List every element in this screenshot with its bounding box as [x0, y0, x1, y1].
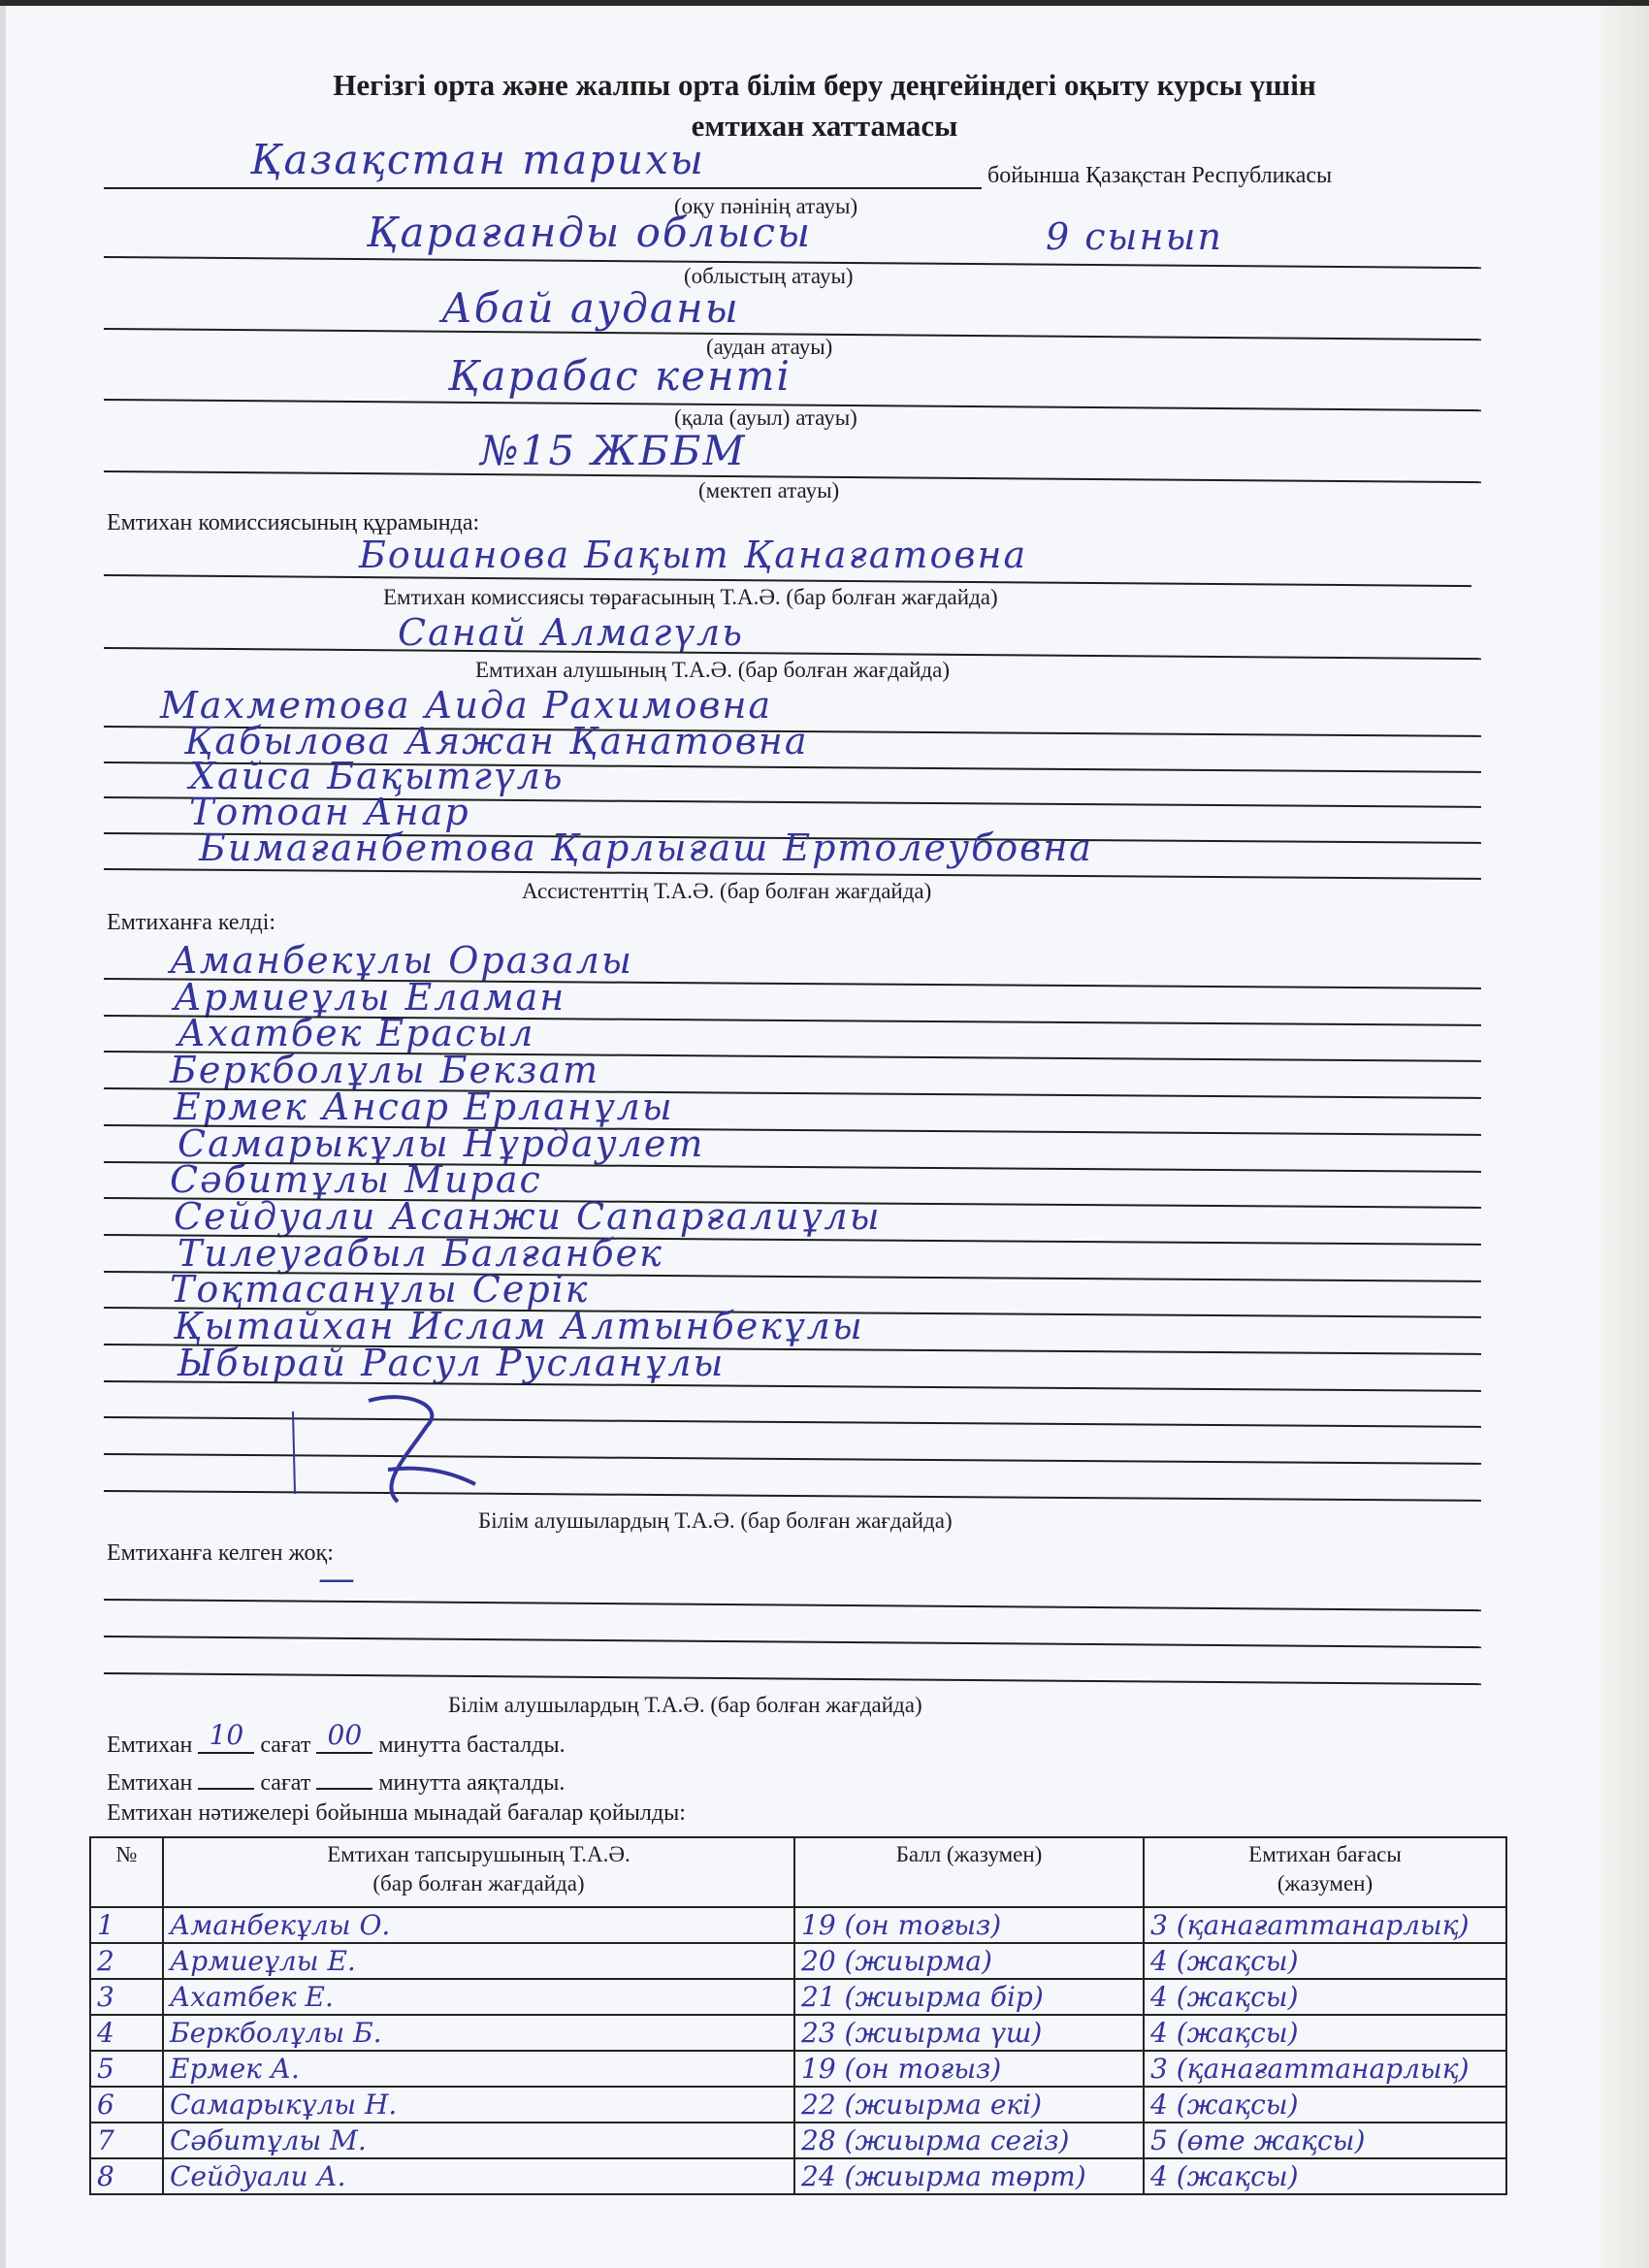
row-student-name[interactable]: Сейдуали А.: [163, 2158, 794, 2194]
header-number: №: [90, 1837, 163, 1907]
row-student-name[interactable]: Самарыкұлы Н.: [163, 2087, 794, 2122]
row-student-name[interactable]: Ахатбек Е.: [163, 1979, 794, 2015]
row-score[interactable]: 20 (жиырма): [794, 1943, 1144, 1979]
row-grade[interactable]: 5 (өте жақсы): [1144, 2122, 1506, 2158]
attended-student-name[interactable]: Ыбырай Расул Русланұлы: [178, 1342, 726, 1384]
row-number[interactable]: 2: [90, 1943, 163, 1979]
grade-class-value[interactable]: 9 сынып: [1046, 215, 1223, 258]
chair-value[interactable]: Бошанова Бақыт Қанағатовна: [359, 534, 1027, 576]
table-row: 6Самарыкұлы Н.22 (жиырма екі)4 (жақсы): [90, 2087, 1506, 2122]
results-label: Емтихан нәтижелері бойынша мынадай бағал…: [107, 1800, 686, 1827]
row-score[interactable]: 24 (жиырма төрт): [794, 2158, 1144, 2194]
row-student-name[interactable]: Армиеұлы Е.: [163, 1943, 794, 1979]
start-hour-field[interactable]: 10: [198, 1727, 254, 1754]
row-number[interactable]: 1: [90, 1907, 163, 1943]
row-student-name[interactable]: Аманбекұлы О.: [163, 1907, 794, 1943]
table-row: 1Аманбекұлы О.19 (он тоғыз)3 (қанағаттан…: [90, 1907, 1506, 1943]
city-value[interactable]: Қарабас кенті: [448, 352, 792, 400]
row-student-name[interactable]: Сәбитұлы М.: [163, 2122, 794, 2158]
row-score[interactable]: 19 (он тоғыз): [794, 2051, 1144, 2087]
end-prefix: Емтихан: [107, 1770, 192, 1796]
table-row: 5Ермек А.19 (он тоғыз)3 (қанағаттанарлық…: [90, 2051, 1506, 2087]
header-score: Балл (жазумен): [794, 1837, 1144, 1907]
absent-line-3: [104, 1672, 1481, 1685]
table-row: 4Беркболұлы Б.23 (жиырма үш)4 (жақсы): [90, 2015, 1506, 2051]
start-prefix: Емтихан: [107, 1733, 192, 1758]
absent-line-1: [104, 1599, 1481, 1611]
end-hour-field[interactable]: [198, 1763, 254, 1790]
header-grade: Емтихан бағасы(жазумен): [1144, 1837, 1506, 1907]
row-grade[interactable]: 4 (жақсы): [1144, 2158, 1506, 2194]
row-grade[interactable]: 4 (жақсы): [1144, 2015, 1506, 2051]
region-value[interactable]: Қарағанды облысы: [367, 209, 812, 256]
row-grade[interactable]: 4 (жақсы): [1144, 1943, 1506, 1979]
commission-label: Емтихан комиссиясының құрамында:: [107, 510, 479, 536]
subject-line: [104, 187, 982, 189]
row-grade[interactable]: 4 (жақсы): [1144, 2087, 1506, 2122]
table-row: 2Армиеұлы Е.20 (жиырма)4 (жақсы): [90, 1943, 1506, 1979]
row-grade[interactable]: 3 (қанағаттанарлық): [1144, 2051, 1506, 2087]
chair-caption: Емтихан комиссиясы төрағасының Т.А.Ә. (б…: [383, 585, 998, 610]
absent-value[interactable]: —: [318, 1557, 357, 1600]
row-number[interactable]: 3: [90, 1979, 163, 2015]
row-score[interactable]: 28 (жиырма сегіз): [794, 2122, 1144, 2158]
district-value[interactable]: Абай ауданы: [441, 284, 740, 332]
absent-caption: Білім алушылардың Т.А.Ә. (бар болған жағ…: [448, 1693, 922, 1718]
subject-value[interactable]: Қазақстан тарихы: [250, 136, 705, 183]
start-time-line: Емтихан 10 сағат 00 минутта басталды.: [107, 1727, 566, 1759]
examiner-value[interactable]: Санай Алмагүль: [398, 611, 744, 654]
table-row: 3Ахатбек Е.21 (жиырма бір)4 (жақсы): [90, 1979, 1506, 2015]
scan-right-edge: [1600, 6, 1649, 2268]
document-title-line1: Негізгі орта және жалпы орта білім беру …: [0, 68, 1649, 103]
table-row: 8Сейдуали А.24 (жиырма төрт)4 (жақсы): [90, 2158, 1506, 2194]
header-name: Емтихан тапсырушының Т.А.Ә.(бар болған ж…: [163, 1837, 794, 1907]
subject-suffix: бойынша Қазақстан Республикасы: [987, 163, 1332, 189]
row-number[interactable]: 4: [90, 2015, 163, 2051]
start-minute-field[interactable]: 00: [316, 1727, 372, 1754]
row-student-name[interactable]: Ермек А.: [163, 2051, 794, 2087]
row-score[interactable]: 22 (жиырма екі): [794, 2087, 1144, 2122]
row-number[interactable]: 6: [90, 2087, 163, 2122]
document-title-line2: емтихан хаттамасы: [0, 109, 1649, 144]
absent-line-2: [104, 1636, 1481, 1648]
school-caption: (мектеп атауы): [698, 478, 839, 503]
absent-label: Емтиханға келген жоқ:: [107, 1540, 334, 1567]
row-score[interactable]: 19 (он тоғыз): [794, 1907, 1144, 1943]
row-grade[interactable]: 4 (жақсы): [1144, 1979, 1506, 2015]
row-score[interactable]: 23 (жиырма үш): [794, 2015, 1144, 2051]
results-header-row: № Емтихан тапсырушының Т.А.Ә.(бар болған…: [90, 1837, 1506, 1907]
end-time-line: Емтихан сағат минутта аяқталды.: [107, 1763, 565, 1797]
school-value[interactable]: №15 ЖББМ: [480, 427, 746, 474]
attended-caption: Білім алушылардың Т.А.Ә. (бар болған жағ…: [478, 1508, 953, 1534]
row-student-name[interactable]: Беркболұлы Б.: [163, 2015, 794, 2051]
blank-lines-strikeout-scribble: [291, 1387, 543, 1513]
end-suffix: минутта аяқталды.: [378, 1770, 565, 1796]
hour-word-2: сағат: [260, 1770, 310, 1796]
row-grade[interactable]: 3 (қанағаттанарлық): [1144, 1907, 1506, 1943]
scan-top-edge: [0, 0, 1649, 6]
row-number[interactable]: 7: [90, 2122, 163, 2158]
row-score[interactable]: 21 (жиырма бір): [794, 1979, 1144, 2015]
table-row: 7Сәбитұлы М.28 (жиырма сегіз)5 (өте жақс…: [90, 2122, 1506, 2158]
attended-label: Емтиханға келді:: [107, 910, 275, 936]
assistant-name[interactable]: Бимағанбетова Қарлығаш Ертолеубовна: [199, 826, 1093, 869]
results-table: № Емтихан тапсырушының Т.А.Ә.(бар болған…: [89, 1836, 1507, 2195]
scan-left-edge: [0, 6, 6, 2268]
hour-word: сағат: [260, 1733, 310, 1758]
start-suffix: минутта басталды.: [378, 1733, 565, 1758]
row-number[interactable]: 5: [90, 2051, 163, 2087]
examiner-caption: Емтихан алушының Т.А.Ә. (бар болған жағд…: [475, 658, 950, 683]
row-number[interactable]: 8: [90, 2158, 163, 2194]
assistants-caption: Ассистенттің Т.А.Ә. (бар болған жағдайда…: [522, 879, 931, 904]
end-minute-field[interactable]: [316, 1763, 372, 1790]
